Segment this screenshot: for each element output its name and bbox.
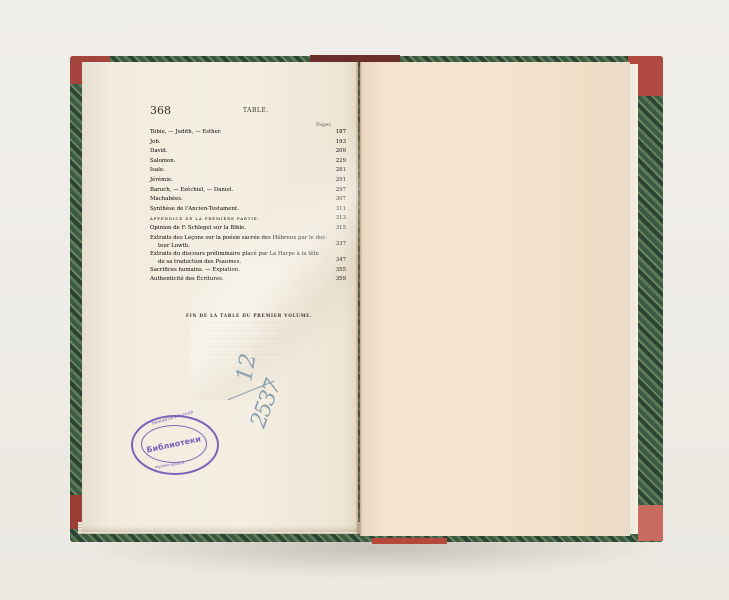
toc-entry: Job.193 [150,138,346,148]
toc-entry: Jérémie.291 [150,176,346,186]
toc-entry: Authenticité des Écritures.359 [150,275,346,285]
stamp-center-text: Библиотеки [146,434,202,454]
stamp-inner-ring: Библиотеки [141,425,207,463]
toc-entry: Extraits des Leçons sur la poésie sacrée… [150,234,346,250]
book-shadow [78,538,668,578]
bleed-through-text: — — — — — — — — — — — — — — — — — — — — … [210,320,350,360]
toc-entry: Opinion de F. Schlegel sur la Bible.315 [150,224,346,234]
spine-bottom [372,538,447,544]
running-head: TABLE. [243,107,269,114]
cover-corner-bottom-right [638,505,663,541]
toc-entry: Synthèse de l'Ancien-Testament.311 [150,205,346,215]
stamp-bottom-text: музея-краев. [155,460,186,470]
toc-entry: Salomon.229 [150,157,346,167]
library-stamp: Нижнетагильской Библиотеки музея-краев. [131,415,219,475]
toc-entry: Isaïe.281 [150,166,346,176]
page-number: 368 [150,104,171,117]
right-page-blank [360,62,630,536]
pencil-mark-shelf: 12 [232,352,261,384]
spine-top [310,55,400,62]
end-of-table-note: FIN DE LA TABLE DU PREMIER VOLUME. [186,313,312,318]
book-gutter [356,62,362,536]
toc-entry: Machabées.307 [150,195,346,205]
toc-entry: Sacrifices humains. — Expiation.355 [150,266,346,276]
toc-entry: Tobie, — Judith, — Esther.187 [150,128,346,138]
toc-entry: Extraits du discours préliminaire placé … [150,250,346,266]
toc-entry: Baruch, — Ezéchiel, — Daniel.297 [150,186,346,196]
table-of-contents: Tobie, — Judith, — Esther.187 Job.193 Da… [150,128,346,285]
toc-entry: David.209 [150,147,346,157]
toc-entry-appendix: APPENDICE DE LA PREMIÈRE PARTIE.313 [150,214,346,224]
